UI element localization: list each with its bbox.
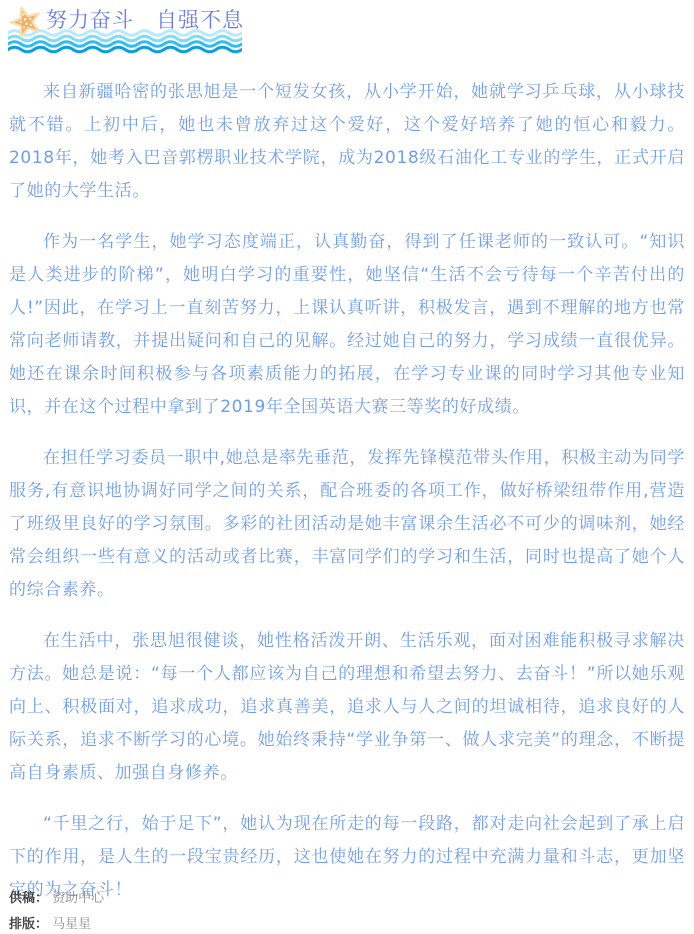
starfish-icon [9, 5, 43, 39]
paragraph-5: “千里之行，始于足下”，她认为现在所走的每一段路，都对走向社会起到了承上启下的作… [9, 808, 685, 907]
wave-line-1 [8, 31, 242, 36]
page-header: 努力奋斗 自强不息 [0, 0, 694, 58]
wave-line-2 [8, 36, 242, 41]
article-body: 来自新疆哈密的张思旭是一个短发女孩，从小学开始，她就学习乒乓球，从小球技就不错。… [9, 76, 685, 925]
contributor-row: 供稿： 资助中心 [9, 886, 104, 912]
typesetter-value: 马星星 [52, 917, 91, 932]
paragraph-2: 作为一名学生，她学习态度端正，认真勤奋，得到了任课老师的一致认可。“知识是人类进… [9, 226, 685, 424]
typesetter-row: 排版： 马星星 [9, 912, 104, 934]
contributor-label: 供稿： [9, 891, 48, 906]
article-footer: 供稿： 资助中心 排版： 马星星 [9, 886, 104, 934]
wave-line-3 [8, 42, 242, 47]
wave-line-4 [8, 47, 242, 52]
wave-divider [8, 29, 242, 55]
contributor-value: 资助中心 [52, 891, 104, 906]
paragraph-4: 在生活中，张思旭很健谈，她性格活泼开朗、生活乐观，面对困难能积极寻求解决方法。她… [9, 625, 685, 790]
paragraph-1: 来自新疆哈密的张思旭是一个短发女孩，从小学开始，她就学习乒乓球，从小球技就不错。… [9, 76, 685, 208]
article-page: 努力奋斗 自强不息 来自新疆哈密的张思旭是一个短发女孩，从小学开始，她就学习乒乓… [0, 0, 694, 934]
paragraph-3: 在担任学习委员一职中,她总是率先垂范，发挥先锋模范带头作用，积极主动为同学服务,… [9, 442, 685, 607]
typesetter-label: 排版： [9, 917, 48, 932]
